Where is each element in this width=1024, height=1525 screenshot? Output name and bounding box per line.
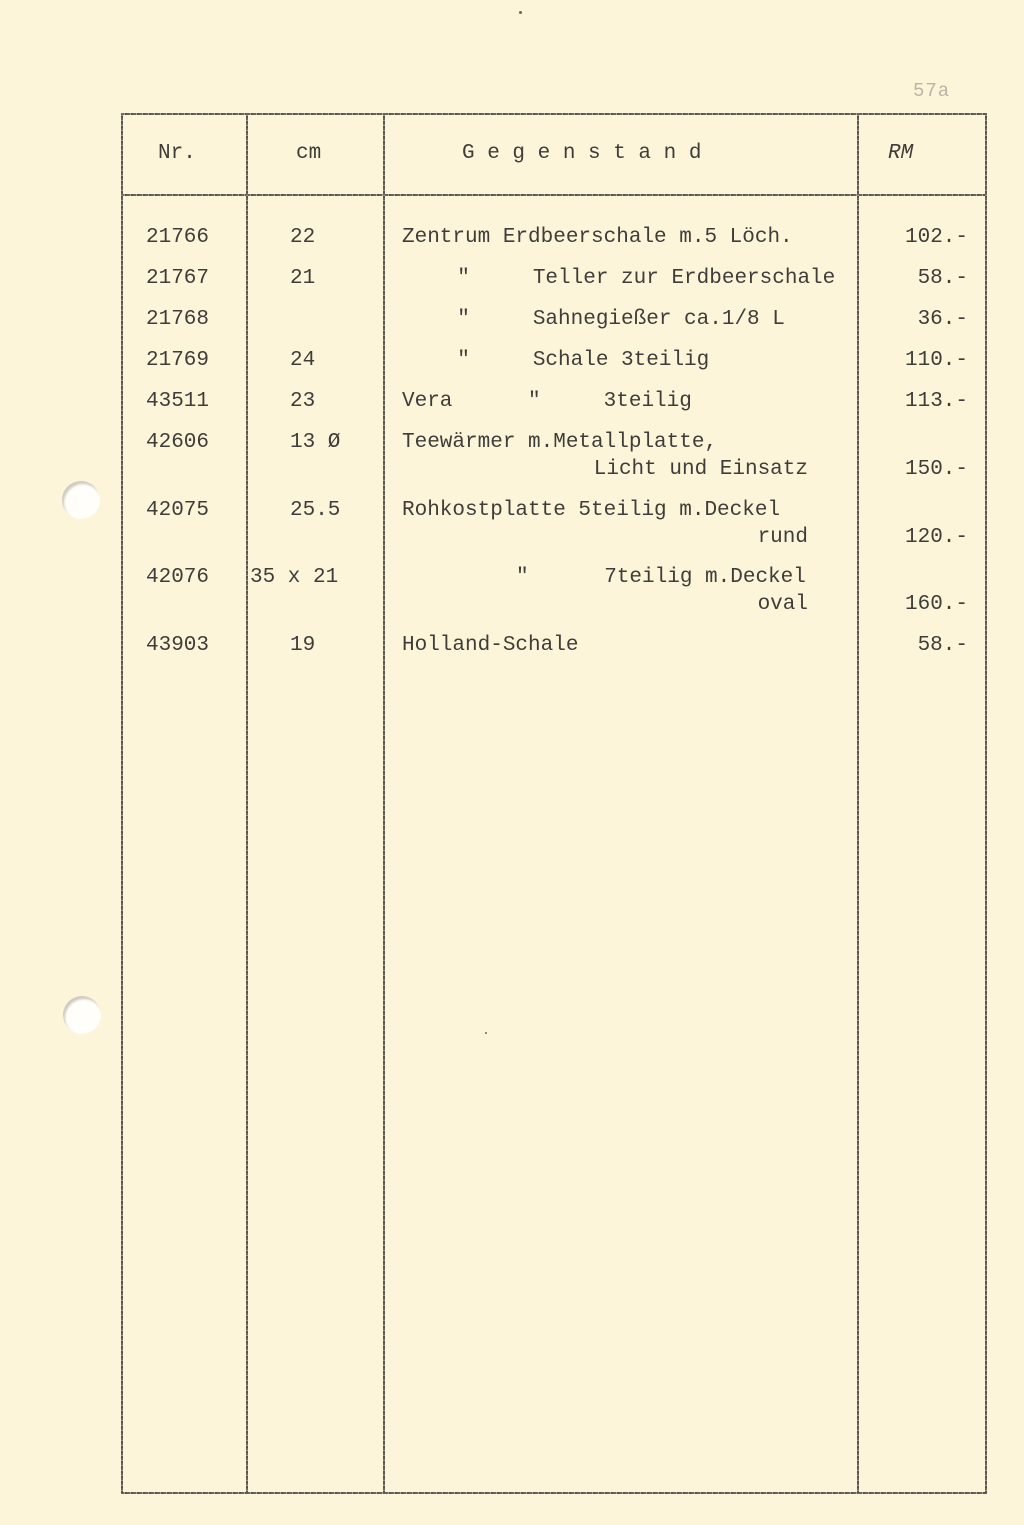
page-number: 57a xyxy=(913,80,950,102)
header-cm: cm xyxy=(296,142,321,165)
cell-rm: 58.- xyxy=(918,632,968,659)
ink-speck xyxy=(519,11,522,14)
punch-hole-lower xyxy=(63,996,101,1034)
cell-nr: 21768 xyxy=(146,306,209,333)
cell-rm: 113.- xyxy=(905,388,968,415)
cell-rm: 58.- xyxy=(918,265,968,292)
cell-nr: 43903 xyxy=(146,632,209,659)
cell-rm: 120.- xyxy=(905,524,968,551)
table-right-border xyxy=(985,113,987,1494)
cell-cm: 13 Ø xyxy=(290,429,340,456)
cell-nr: 21767 xyxy=(146,265,209,292)
cell-nr: 42606 xyxy=(146,429,209,456)
cell-cm: 23 xyxy=(290,388,315,415)
cell-nr: 21766 xyxy=(146,224,209,251)
cell-description: Teewärmer m.Metallplatte, xyxy=(402,429,717,456)
column-divider-cm-desc xyxy=(383,113,385,1494)
cell-nr: 21769 xyxy=(146,347,209,374)
cell-rm: 110.- xyxy=(905,347,968,374)
cell-description: Holland-Schale xyxy=(402,632,578,659)
header-nr: Nr. xyxy=(158,142,196,165)
cell-nr: 43511 xyxy=(146,388,209,415)
cell-description: " Teller zur Erdbeerschale xyxy=(432,265,835,292)
cell-description-continued: Licht und Einsatz xyxy=(594,456,808,483)
cell-description-continued: oval xyxy=(758,591,808,618)
punch-hole-upper xyxy=(62,481,100,519)
cell-rm: 160.- xyxy=(905,591,968,618)
table-left-border xyxy=(121,113,123,1494)
cell-rm: 102.- xyxy=(905,224,968,251)
cell-nr: 42075 xyxy=(146,497,209,524)
cell-description: Rohkostplatte 5teilig m.Deckel xyxy=(402,497,780,524)
cell-description: " Schale 3teilig xyxy=(432,347,709,374)
cell-rm: 150.- xyxy=(905,456,968,483)
cell-description: " 7teilig m.Deckel xyxy=(516,564,806,591)
cell-description-continued: rund xyxy=(758,524,808,551)
cell-cm: 35 x 21 xyxy=(250,564,338,591)
cell-description: " Sahnegießer ca.1/8 L xyxy=(432,306,785,333)
header-rm: RM xyxy=(888,142,913,165)
cell-cm: 22 xyxy=(290,224,315,251)
cell-cm: 19 xyxy=(290,632,315,659)
cell-cm: 24 xyxy=(290,347,315,374)
ink-speck xyxy=(485,1032,487,1034)
cell-nr: 42076 xyxy=(146,564,209,591)
cell-cm: 25.5 xyxy=(290,497,340,524)
cell-rm: 36.- xyxy=(918,306,968,333)
cell-description: Zentrum Erdbeerschale m.5 Löch. xyxy=(402,224,793,251)
cell-description: Vera " 3teilig xyxy=(402,388,692,415)
column-divider-nr-cm xyxy=(246,113,248,1494)
column-divider-desc-rm xyxy=(857,113,859,1494)
header-gegenstand: G e g e n s t a n d xyxy=(462,142,701,165)
cell-cm: 21 xyxy=(290,265,315,292)
